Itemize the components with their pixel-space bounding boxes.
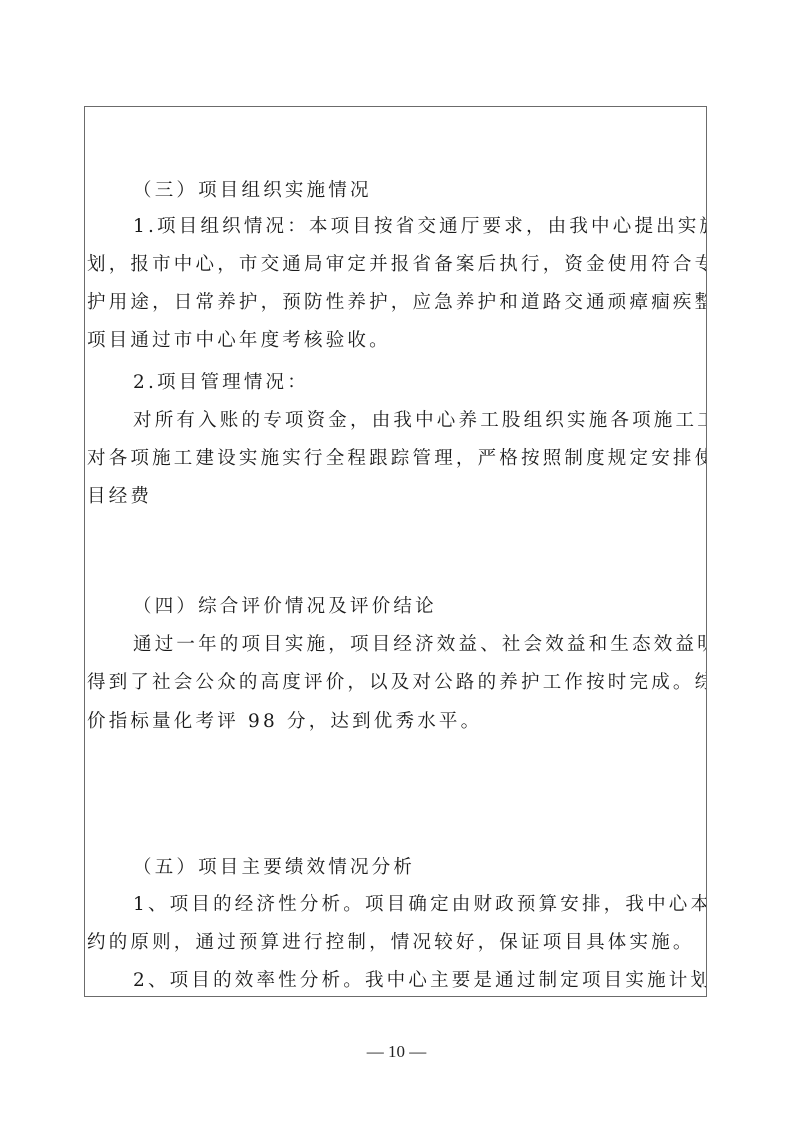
paragraph-line: 目经费 bbox=[85, 485, 707, 509]
paragraph-line: 1.项目组织情况：本项目按省交通厅要求，由我中心提出实施计 bbox=[85, 215, 707, 239]
section-heading: （三）项目组织实施情况 bbox=[85, 179, 707, 203]
page-number: — 10 — bbox=[0, 1042, 793, 1062]
paragraph-line: 划，报市中心，市交通局审定并报省备案后执行，资金使用符合专项养 bbox=[85, 253, 707, 277]
paragraph-line: 约的原则，通过预算进行控制，情况较好，保证项目具体实施。 bbox=[85, 931, 707, 955]
paragraph-line: 对各项施工建设实施实行全程跟踪管理，严格按照制度规定安排使用项 bbox=[85, 447, 707, 471]
paragraph-line: 1、项目的经济性分析。项目确定由财政预算安排，我中心本着节 bbox=[85, 893, 707, 917]
paragraph-line: 护用途，日常养护，预防性养护，应急养护和道路交通顽瘴痼疾整治等 bbox=[85, 291, 707, 315]
paragraph-line: 对所有入账的专项资金，由我中心养工股组织实施各项施工工作， bbox=[85, 409, 707, 433]
paragraph-line: 2、项目的效率性分析。我中心主要是通过制定项目实施计划；下 bbox=[85, 969, 707, 993]
content-table-cell: （三）项目组织实施情况 1.项目组织情况：本项目按省交通厅要求，由我中心提出实施… bbox=[84, 106, 707, 997]
paragraph-line: 价指标量化考评 98 分，达到优秀水平。 bbox=[85, 710, 707, 734]
paragraph-line: 得到了社会公众的高度评价，以及对公路的养护工作按时完成。综合评 bbox=[85, 671, 707, 695]
paragraph-line: 2.项目管理情况： bbox=[85, 371, 707, 395]
paragraph-line: 项目通过市中心年度考核验收。 bbox=[85, 329, 707, 353]
paragraph-line: 通过一年的项目实施，项目经济效益、社会效益和生态效益明显， bbox=[85, 633, 707, 657]
section-heading: （四）综合评价情况及评价结论 bbox=[85, 595, 707, 619]
section-heading: （五）项目主要绩效情况分析 bbox=[85, 856, 707, 880]
